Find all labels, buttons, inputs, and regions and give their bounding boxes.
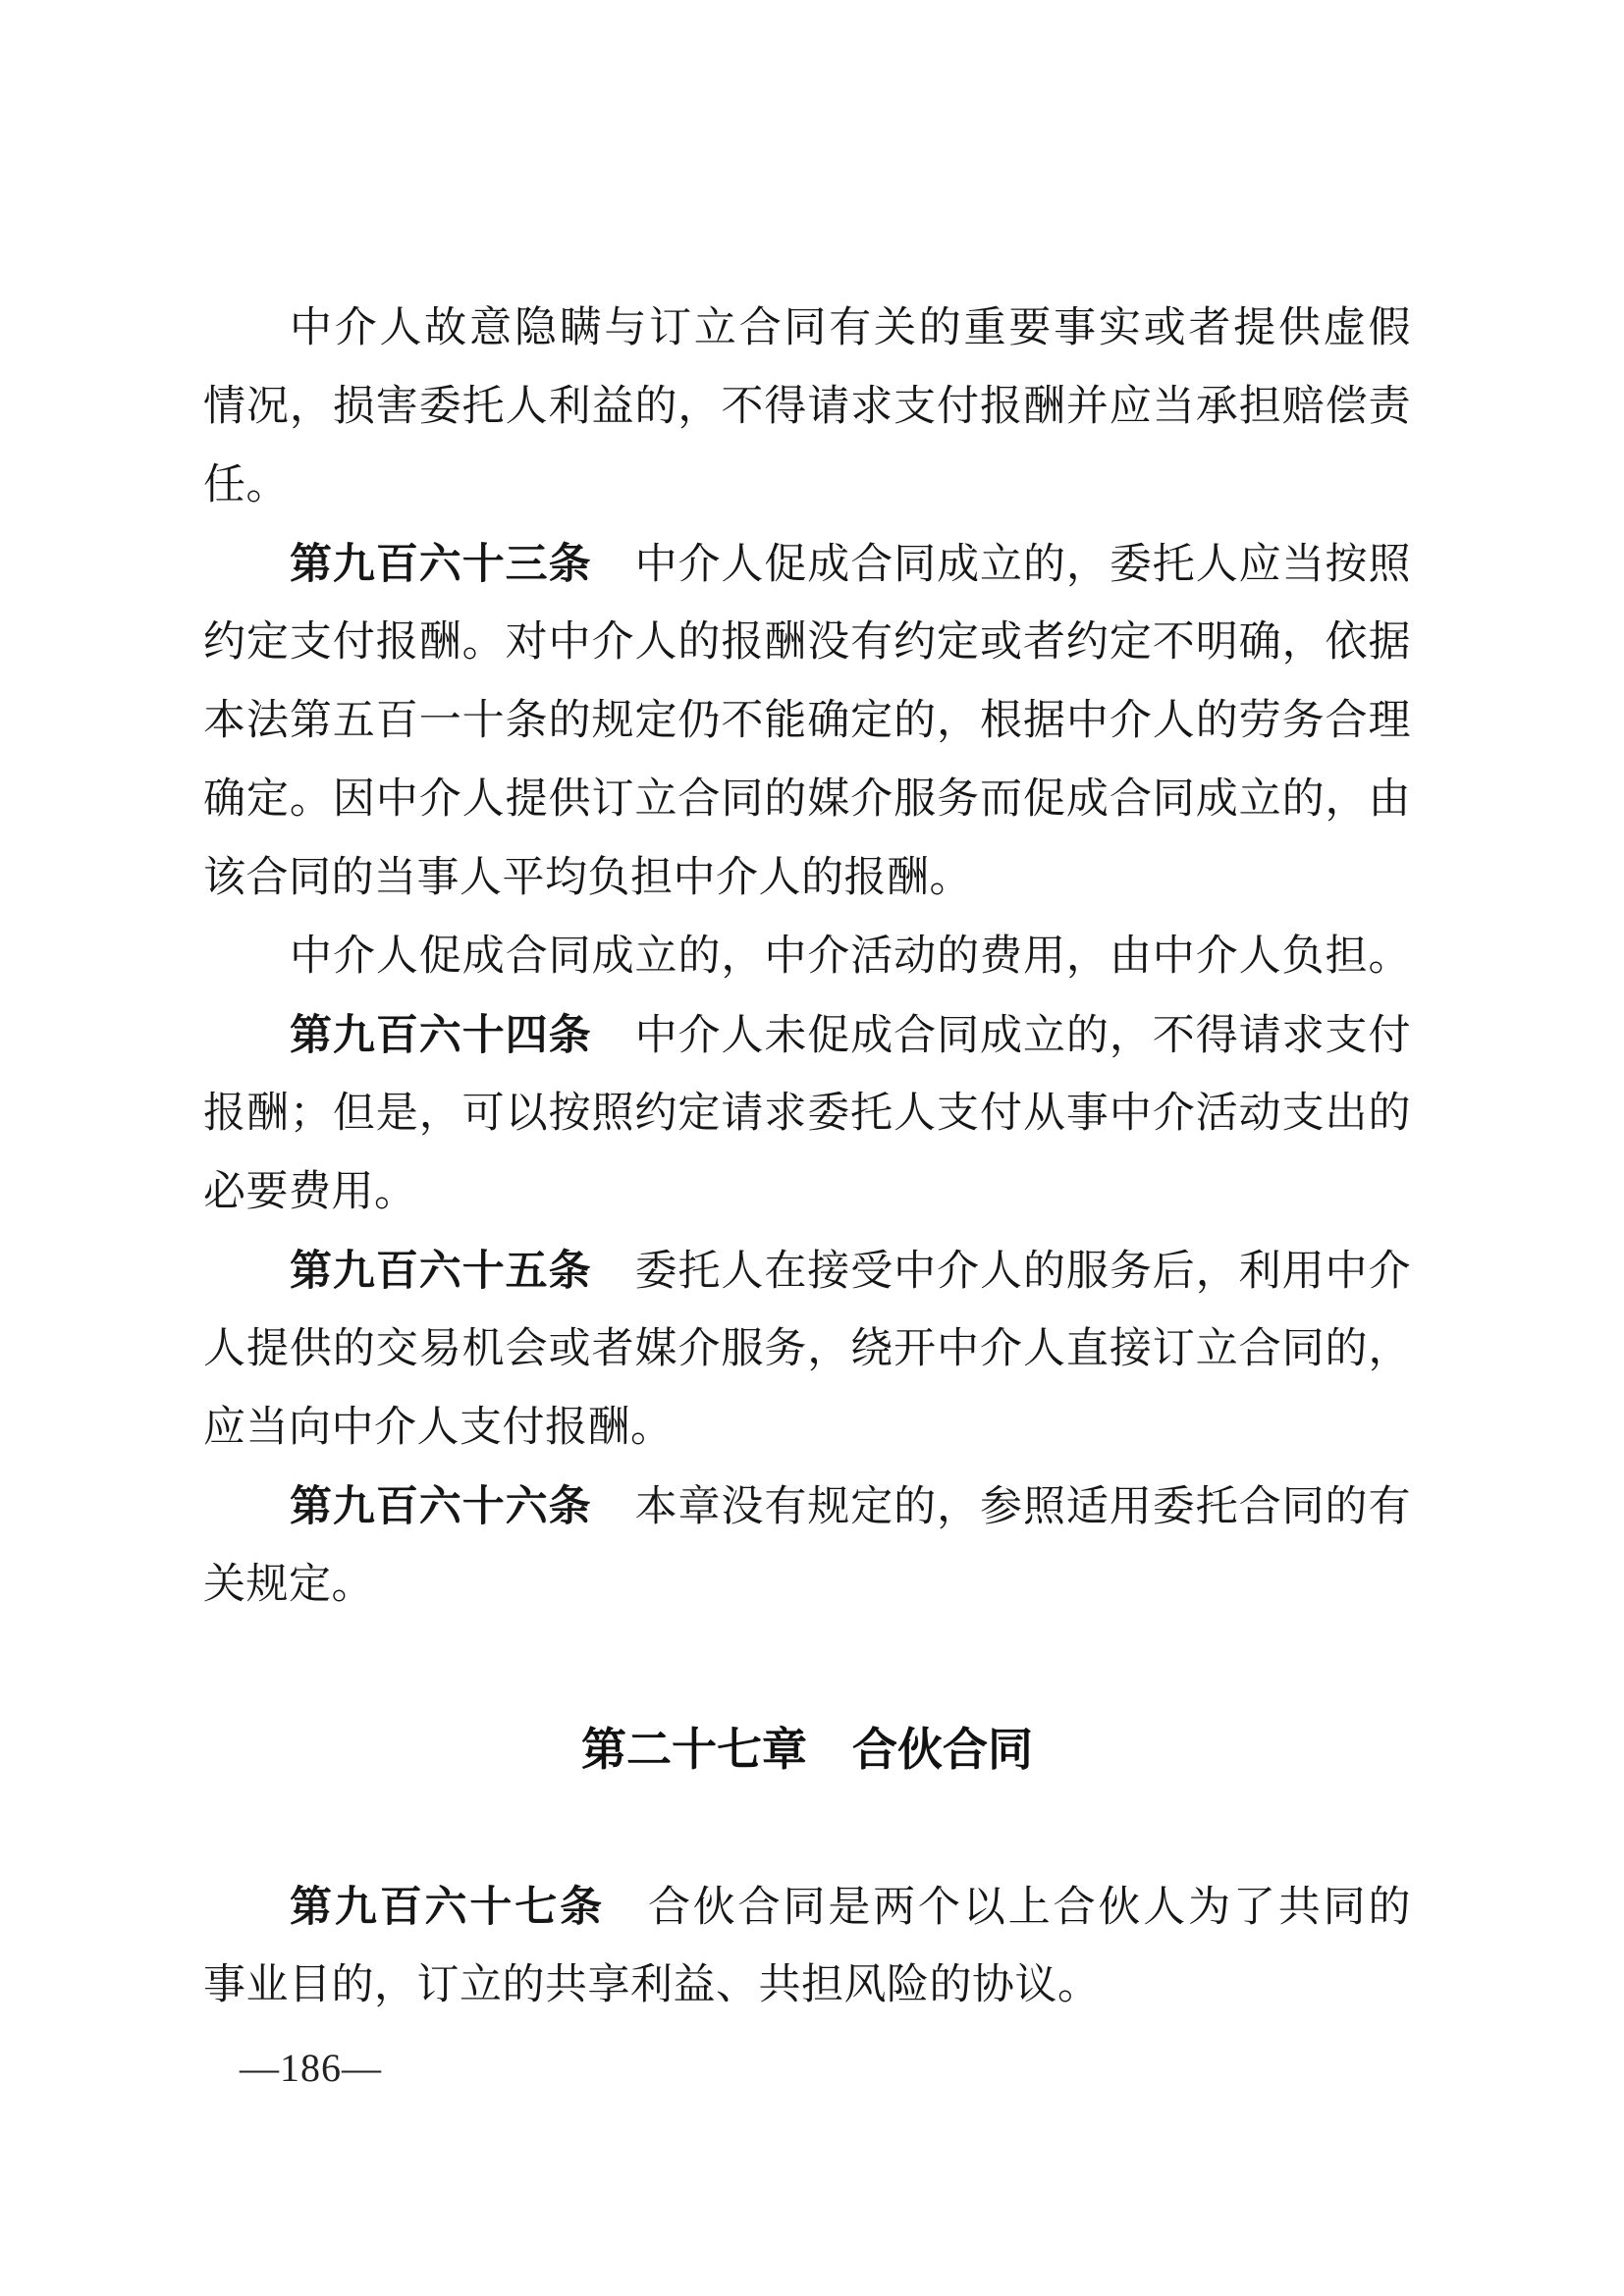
body-text: 该合同的当事人平均负担中介人的报酬。 <box>203 855 972 901</box>
article-number: 第九百六十三条 <box>290 541 592 588</box>
body-line: 应当向中介人支付报酬。 <box>203 1389 1411 1468</box>
body-text: 关规定。 <box>203 1562 374 1608</box>
body-text: 情况，损害委托人利益的，不得请求支付报酬并应当承担赔偿责 <box>203 384 1411 430</box>
body-line: 人提供的交易机会或者媒介服务，绕开中介人直接订立合同的， <box>203 1310 1411 1389</box>
body-line: 中介人促成合同成立的，中介活动的费用，由中介人负担。 <box>203 918 1411 996</box>
body-text: 中介人促成合同成立的，中介活动的费用，由中介人负担。 <box>290 934 1411 980</box>
article-number: 第九百六十六条 <box>290 1483 592 1530</box>
article-body-text: 委托人在接受中介人的服务后，利用中介 <box>635 1249 1411 1295</box>
article-body-text: 中介人促成合同成立的，委托人应当按照 <box>635 542 1411 588</box>
body-line: 任。 <box>203 447 1411 525</box>
body-text: 人提供的交易机会或者媒介服务，绕开中介人直接订立合同的， <box>203 1326 1411 1372</box>
body-text: 必要费用。 <box>203 1169 417 1215</box>
body-line: 中介人故意隐瞒与订立合同有关的重要事实或者提供虚假 <box>203 290 1411 368</box>
document-page: 中介人故意隐瞒与订立合同有关的重要事实或者提供虚假 情况，损害委托人利益的，不得… <box>0 0 1624 2296</box>
page-number: —186— <box>240 2045 382 2092</box>
article-body-text: 合伙合同是两个以上合伙人为了共同的 <box>648 1885 1411 1931</box>
body-line: 情况，损害委托人利益的，不得请求支付报酬并应当承担赔偿责 <box>203 368 1411 447</box>
article-number: 第九百六十五条 <box>290 1248 592 1295</box>
body-text: 中介人故意隐瞒与订立合同有关的重要事实或者提供虚假 <box>290 305 1411 351</box>
body-line: 本法第五百一十条的规定仍不能确定的，根据中介人的劳务合理 <box>203 682 1411 761</box>
body-line: 第九百六十四条中介人未促成合同成立的，不得请求支付 <box>203 996 1411 1075</box>
body-line: 第九百六十七条合伙合同是两个以上合伙人为了共同的 <box>203 1868 1411 1947</box>
chapter-heading: 第二十七章 合伙合同 <box>203 1710 1411 1789</box>
body-text: 报酬；但是，可以按照约定请求委托人支付从事中介活动支出的 <box>203 1091 1411 1137</box>
body-text: 事业目的，订立的共享利益、共担风险的协议。 <box>203 1962 1101 2008</box>
body-line: 第九百六十三条中介人促成合同成立的，委托人应当按照 <box>203 525 1411 604</box>
body-text: 约定支付报酬。对中介人的报酬没有约定或者约定不明确，依据 <box>203 619 1411 666</box>
body-line: 第九百六十六条本章没有规定的，参照适用委托合同的有 <box>203 1468 1411 1546</box>
article-number: 第九百六十七条 <box>290 1884 605 1931</box>
body-text: 本法第五百一十条的规定仍不能确定的，根据中介人的劳务合理 <box>203 698 1411 744</box>
body-line: 报酬；但是，可以按照约定请求委托人支付从事中介活动支出的 <box>203 1075 1411 1153</box>
body-line: 必要费用。 <box>203 1153 1411 1232</box>
body-line: 约定支付报酬。对中介人的报酬没有约定或者约定不明确，依据 <box>203 604 1411 682</box>
body-line: 事业目的，订立的共享利益、共担风险的协议。 <box>203 1947 1411 2025</box>
article-body-text: 中介人未促成合同成立的，不得请求支付 <box>635 1013 1411 1059</box>
body-line: 关规定。 <box>203 1546 1411 1625</box>
body-text: 任。 <box>203 462 289 508</box>
body-line: 确定。因中介人提供订立合同的媒介服务而促成合同成立的，由 <box>203 761 1411 839</box>
article-body-text: 本章没有规定的，参照适用委托合同的有 <box>635 1484 1411 1530</box>
body-text: 确定。因中介人提供订立合同的媒介服务而促成合同成立的，由 <box>203 776 1411 823</box>
text-body: 中介人故意隐瞒与订立合同有关的重要事实或者提供虚假 情况，损害委托人利益的，不得… <box>203 290 1411 2025</box>
body-line: 该合同的当事人平均负担中介人的报酬。 <box>203 839 1411 918</box>
body-text: 应当向中介人支付报酬。 <box>203 1405 674 1451</box>
body-line: 第九百六十五条委托人在接受中介人的服务后，利用中介 <box>203 1232 1411 1310</box>
article-number: 第九百六十四条 <box>290 1012 592 1059</box>
